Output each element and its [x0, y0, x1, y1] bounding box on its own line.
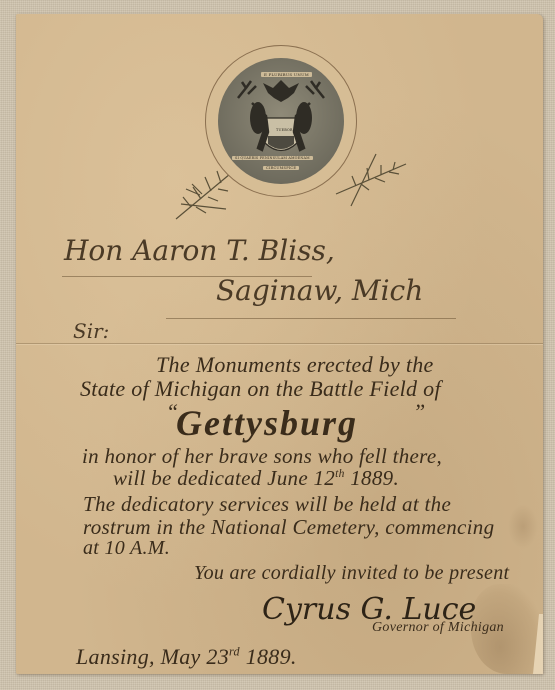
dateline-suffix: rd — [229, 645, 240, 659]
dedication-year: 1889. — [345, 466, 399, 490]
seal-motto-bottom: SI QUAERIS PENINSULAM AMOENAM — [232, 156, 313, 160]
salutation: Sir: — [73, 319, 109, 343]
water-stain-small — [508, 504, 538, 549]
dedication-date: will be dedicated June 12th 1889. — [113, 466, 399, 491]
invitation-document: E PLURIBUS UNUM TUEBOR SI QUAERIS PENINS… — [16, 14, 543, 674]
seal-motto-circumspice: CIRCUMSPICE — [263, 166, 299, 170]
fold-crease — [16, 343, 543, 344]
dateline-place: Lansing, May 23 — [76, 644, 229, 669]
seal-motto-top: E PLURIBUS UNUM — [261, 72, 312, 77]
addressee-city: Saginaw, Mich — [216, 274, 423, 307]
close-quote: ” — [413, 399, 426, 425]
dedication-text: will be dedicated June 12 — [113, 466, 335, 490]
day-suffix: th — [335, 468, 345, 480]
coat-of-arms-icon: E PLURIBUS UNUM TUEBOR SI QUAERIS PENINS… — [218, 58, 344, 184]
dateline-year: 1889. — [240, 644, 297, 669]
body-line: The Monuments erected by the — [156, 352, 434, 378]
seal-motto-shield: TUEBOR — [273, 128, 296, 132]
body-line: The dedicatory services will be held at … — [83, 492, 451, 517]
michigan-seal: E PLURIBUS UNUM TUEBOR SI QUAERIS PENINS… — [205, 45, 357, 197]
body-line: at 10 A.M. — [83, 537, 170, 560]
addressee-name: Hon Aaron T. Bliss, — [64, 234, 335, 267]
signature-title: Governor of Michigan — [372, 620, 504, 636]
body-line: State of Michigan on the Battle Field of — [80, 376, 441, 402]
battlefield-title: Gettysburg — [176, 402, 358, 444]
city-rule — [166, 318, 456, 319]
dateline: Lansing, May 23rd 1889. — [76, 644, 297, 670]
invitation-line: You are cordially invited to be present — [194, 562, 509, 585]
